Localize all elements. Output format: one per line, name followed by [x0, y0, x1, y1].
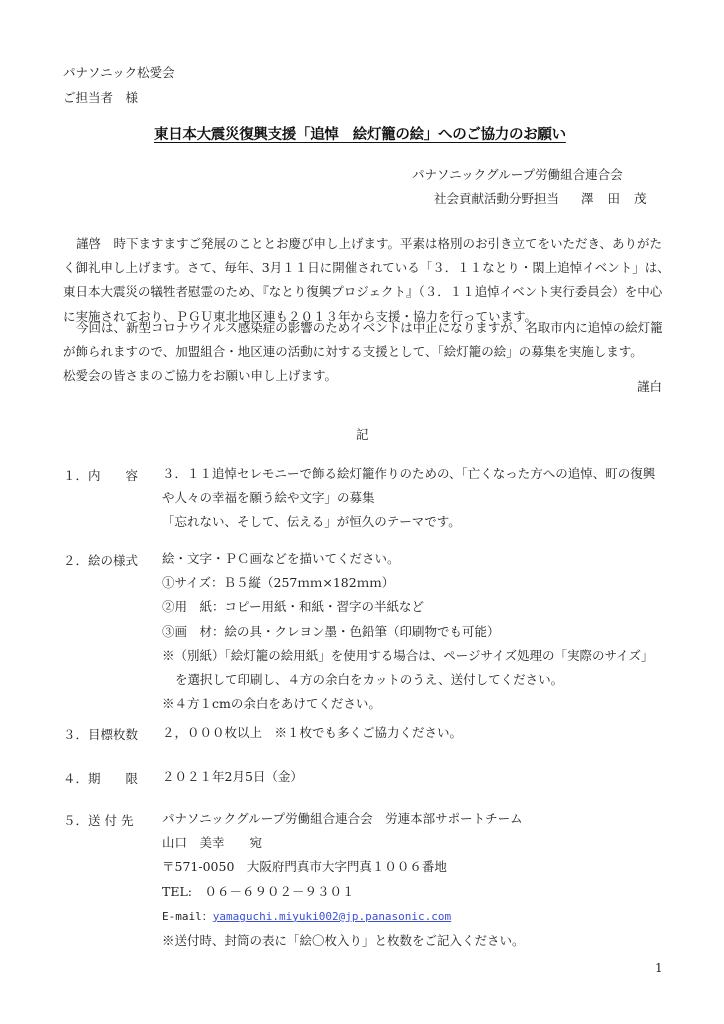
item-label-destination: ５．送 付 先	[63, 811, 133, 829]
item-content-target: ２，０００枚以上 ※１枚でも多くご協力ください。	[162, 721, 667, 745]
item-line: ３．１１追悼セレモニーで飾る絵灯籠作りのための、「亡くなった方への追悼、町の復興	[162, 462, 667, 486]
paragraph-line: が飾られますので、加盟組合・地区連の活動に対する支援として、「絵灯籠の絵」の募集…	[63, 340, 663, 364]
paragraph-line: 今回は、新型コロナウイルス感染症の影響のためイベントは中止になりますが、名取市内…	[63, 316, 663, 340]
paragraph-line: 謹啓 時下ますますご発展のこととお慶び申し上げます。平素は格別のお引き立てをいた…	[63, 232, 663, 256]
item-label-content: １．内 容	[63, 466, 138, 484]
paragraph-line: 東日本大震災の犠牲者慰霊のため、『なとり復興プロジェクト』（３．１１追悼イベント…	[63, 280, 663, 304]
item-line: TEL: ０６－６９０２－９３０１	[162, 880, 667, 904]
item-label-style: ２．絵の様式	[63, 551, 138, 569]
item-line: 〒571-0050 大阪府門真市大字門真１００６番地	[162, 855, 667, 879]
email-label: E-mail：	[162, 910, 213, 923]
item-line: 絵・文字・ＰＣ画などを描いてください。	[162, 547, 667, 571]
item-line: ２０２１年2月5日（金）	[162, 765, 667, 789]
item-content-style: 絵・文字・ＰＣ画などを描いてください。 ①サイズ：Ｂ５縦（257ｍｍ×182ｍｍ…	[162, 547, 667, 716]
item-line: ②用 紙：コピー用紙・和紙・習字の半紙など	[162, 595, 667, 619]
sender-org: パナソニックグループ労働組合連合会	[412, 165, 623, 183]
item-label-target: ３．目標枚数	[63, 725, 138, 743]
closing-remark: 謹白	[637, 377, 662, 395]
recipient-org: パナソニック松愛会	[63, 63, 175, 81]
item-line: パナソニックグループ労働組合連合会 労連本部サポートチーム	[162, 807, 667, 831]
item-line: 山口 美幸 宛	[162, 831, 667, 855]
paragraph-line: く御礼申し上げます。さて、毎年、3月１１日に開催されている「３．１１なとり・閖上…	[63, 256, 663, 280]
recipient-person: ご担当者 様	[63, 88, 138, 106]
item-line: ※（別紙）「絵灯籠の絵用紙」を使用する場合は、ページサイズ処理の「実際のサイズ」	[162, 644, 667, 668]
request-paragraph: 今回は、新型コロナウイルス感染症の影響のためイベントは中止になりますが、名取市内…	[63, 316, 663, 389]
document-page: パナソニック松愛会 ご担当者 様 東日本大震災復興支援「追悼 絵灯籠の絵」へのご…	[0, 0, 724, 1024]
notes-heading: 記	[356, 425, 369, 443]
email-link[interactable]: yamaguchi.miyuki002@jp.panasonic.com	[213, 910, 451, 923]
item-line: ※４方１cmの余白をあけてください。	[162, 692, 667, 716]
document-title: 東日本大震災復興支援「追悼 絵灯籠の絵」へのご協力のお願い	[154, 123, 568, 144]
item-content-destination: パナソニックグループ労働組合連合会 労連本部サポートチーム 山口 美幸 宛 〒5…	[162, 807, 667, 953]
sender-block: 社会貢献活動分野担当澤田茂	[434, 189, 661, 207]
item-line: 「忘れない、そして、伝える」が恒久のテーマです。	[162, 510, 667, 534]
sender-role: 社会貢献活動分野担当	[434, 191, 559, 206]
item-line: ※送付時、封筒の表に「絵〇枚入り」と枚数をご記入ください。	[162, 929, 667, 953]
item-line: を選択して印刷し、４方の余白をカットのうえ、送付してください。	[162, 668, 667, 692]
page-number: 1	[655, 961, 663, 975]
item-label-deadline: ４．期 限	[63, 769, 138, 787]
item-line: ①サイズ：Ｂ５縦（257ｍｍ×182ｍｍ）	[162, 571, 667, 595]
item-content-deadline: ２０２１年2月5日（金）	[162, 765, 667, 789]
item-content-description: ３．１１追悼セレモニーで飾る絵灯籠作りのための、「亡くなった方への追悼、町の復興…	[162, 462, 667, 535]
paragraph-line: 松愛会の皆さまのご協力をお願い申し上げます。	[63, 364, 663, 388]
email-line: E-mail：yamaguchi.miyuki002@jp.panasonic.…	[162, 904, 667, 929]
sender-name: 澤田茂	[581, 191, 661, 206]
item-line: ③画 材：絵の具・クレヨン墨・色鉛筆（印刷物でも可能）	[162, 620, 667, 644]
greeting-paragraph: 謹啓 時下ますますご発展のこととお慶び申し上げます。平素は格別のお引き立てをいた…	[63, 232, 663, 329]
item-line: や人々の幸福を願う絵や文字」の募集	[162, 486, 667, 510]
item-line: ２，０００枚以上 ※１枚でも多くご協力ください。	[162, 721, 667, 745]
